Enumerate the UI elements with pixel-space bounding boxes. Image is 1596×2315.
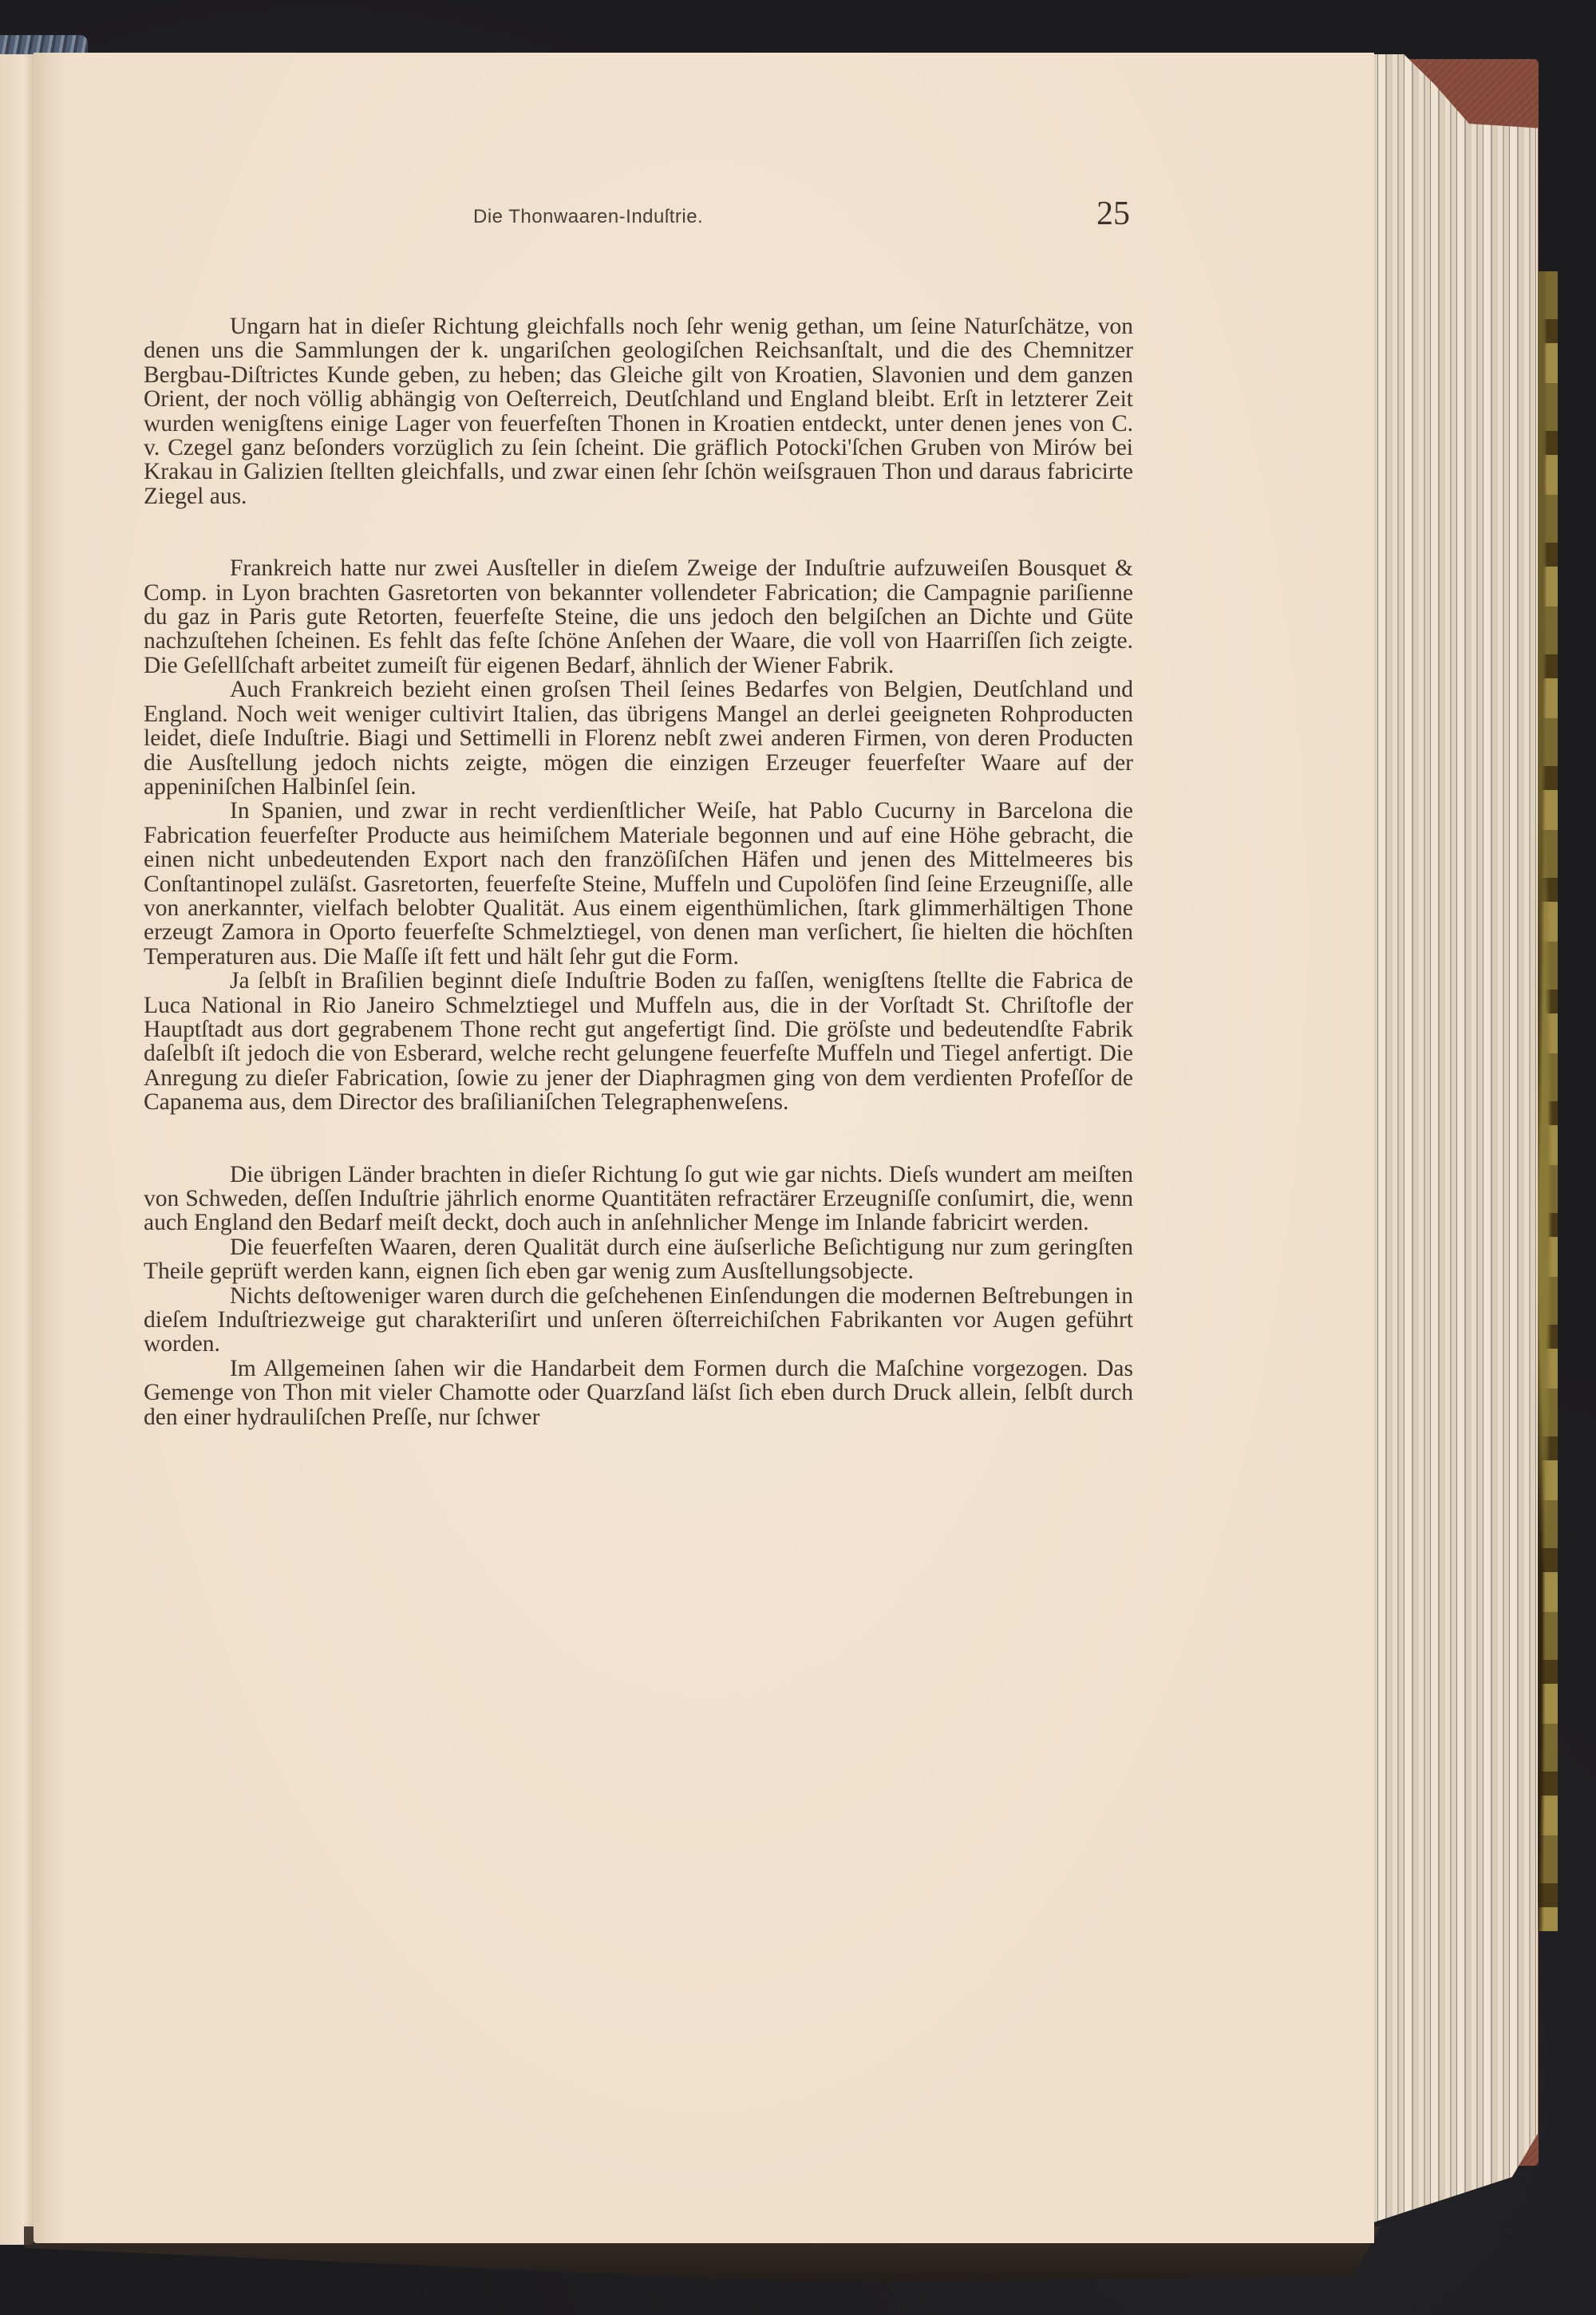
- page-block-edges: [1366, 54, 1538, 2225]
- body-text: Ungarn hat in dieſer Richtung gleichfall…: [144, 314, 1133, 1429]
- paragraph-spanien: In Spanien, und zwar in recht verdienſtl…: [144, 799, 1133, 969]
- running-head: Die Thonwaaren-Induſtrie.: [473, 206, 808, 228]
- paragraph-feuerfeste-waaren: Die feuerfeſten Waaren, deren Qualität d…: [144, 1235, 1133, 1284]
- paragraph-frankreich-bedarf: Auch Frankreich bezieht einen groſsen Th…: [144, 678, 1133, 799]
- page-number: 25: [1096, 195, 1130, 233]
- paragraph-frankreich: Frankreich hatte nur zwei Ausſteller in …: [144, 556, 1133, 678]
- paragraph-brasilien: Ja ſelbſt in Braſilien beginnt dieſe Ind…: [144, 969, 1133, 1114]
- paragraph-uebrige-laender: Die übrigen Länder brachten in dieſer Ri…: [144, 1163, 1133, 1235]
- paragraph-allgemeinen: Im Allgemeinen ſahen wir die Handarbeit …: [144, 1357, 1133, 1429]
- paragraph-nichts-destoweniger: Nichts deſtoweniger waren durch die geſc…: [144, 1284, 1133, 1357]
- paragraph-ungarn: Ungarn hat in dieſer Richtung gleichfall…: [144, 314, 1133, 508]
- facing-page-edge: [0, 54, 34, 2245]
